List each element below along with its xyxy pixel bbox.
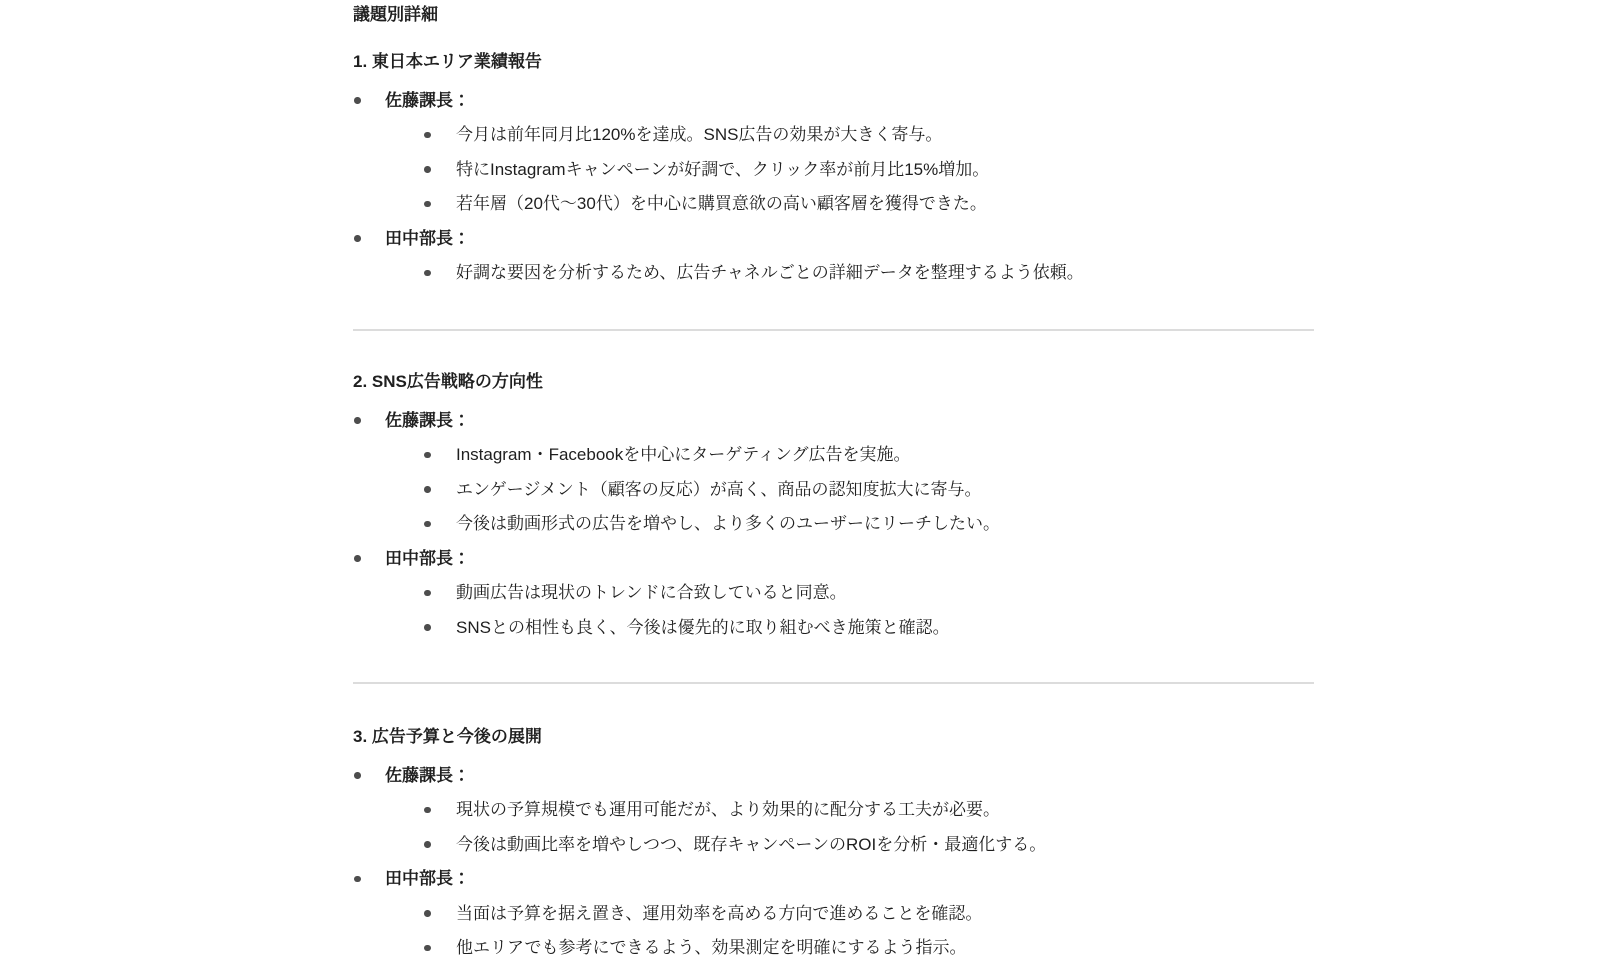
bullet-icon bbox=[354, 417, 361, 424]
bullet-icon bbox=[424, 132, 431, 139]
bullet-icon bbox=[424, 945, 431, 952]
speaker-name: 田中部長： bbox=[385, 869, 470, 888]
speaker-list: 佐藤課長： 今月は前年同月比120%を達成。SNS広告の効果が大きく寄与。 特に… bbox=[353, 89, 1314, 286]
list-item: 当面は予算を据え置き、運用効率を高める方向で進めることを確認。 bbox=[385, 902, 1314, 926]
speaker-name: 田中部長： bbox=[385, 229, 470, 248]
list-item: Instagram・Facebookを中心にターゲティング広告を実施。 bbox=[385, 443, 1314, 467]
speaker-name: 佐藤課長： bbox=[385, 411, 470, 430]
list-item: 現状の予算規模でも運用可能だが、より効果的に配分する工夫が必要。 bbox=[385, 798, 1314, 822]
list-item: 今月は前年同月比120%を達成。SNS広告の効果が大きく寄与。 bbox=[385, 123, 1314, 147]
speaker-list: 佐藤課長： Instagram・Facebookを中心にターゲティング広告を実施… bbox=[353, 409, 1314, 640]
speaker-name: 佐藤課長： bbox=[385, 766, 470, 785]
list-item: 若年層（20代〜30代）を中心に購買意欲の高い顧客層を獲得できた。 bbox=[385, 192, 1314, 216]
list-item: 佐藤課長： Instagram・Facebookを中心にターゲティング広告を実施… bbox=[353, 409, 1314, 537]
section-divider bbox=[353, 329, 1314, 331]
bullet-icon bbox=[354, 772, 361, 779]
list-item: 田中部長： 当面は予算を据え置き、運用効率を高める方向で進めることを確認。 他エ… bbox=[353, 867, 1314, 960]
bullet-icon bbox=[354, 97, 361, 104]
meeting-minutes-document: 議題別詳細 1. 東日本エリア業績報告 佐藤課長： 今月は前年同月比120%を達… bbox=[0, 0, 1600, 976]
point-text: Instagram・Facebookを中心にターゲティング広告を実施。 bbox=[456, 445, 911, 464]
point-text: 特にInstagramキャンペーンが好調で、クリック率が前月比15%増加。 bbox=[456, 160, 989, 179]
list-item: 特にInstagramキャンペーンが好調で、クリック率が前月比15%増加。 bbox=[385, 158, 1314, 182]
bullet-icon bbox=[424, 270, 431, 277]
point-text: 現状の予算規模でも運用可能だが、より効果的に配分する工夫が必要。 bbox=[456, 800, 1000, 819]
bullet-icon bbox=[354, 555, 361, 562]
point-list: 現状の予算規模でも運用可能だが、より効果的に配分する工夫が必要。 今後は動画比率… bbox=[385, 798, 1314, 857]
bullet-icon bbox=[424, 807, 431, 814]
list-item: 佐藤課長： 今月は前年同月比120%を達成。SNS広告の効果が大きく寄与。 特に… bbox=[353, 89, 1314, 217]
point-text: 他エリアでも参考にできるよう、効果測定を明確にするよう指示。 bbox=[456, 938, 967, 957]
list-item: 動画広告は現状のトレンドに合致していると同意。 bbox=[385, 581, 1314, 605]
bullet-icon bbox=[354, 235, 361, 242]
point-list: 動画広告は現状のトレンドに合致していると同意。 SNSとの相性も良く、今後は優先… bbox=[385, 581, 1314, 640]
point-text: 動画広告は現状のトレンドに合致していると同意。 bbox=[456, 583, 847, 602]
list-item: 好調な要因を分析するため、広告チャネルごとの詳細データを整理するよう依頼。 bbox=[385, 261, 1314, 285]
list-item: エンゲージメント（顧客の反応）が高く、商品の認知度拡大に寄与。 bbox=[385, 478, 1314, 502]
bullet-icon bbox=[424, 166, 431, 173]
speaker-name: 佐藤課長： bbox=[385, 91, 470, 110]
bullet-icon bbox=[424, 201, 431, 208]
speaker-name: 田中部長： bbox=[385, 549, 470, 568]
point-text: 今後は動画形式の広告を増やし、より多くのユーザーにリーチしたい。 bbox=[456, 514, 1000, 533]
list-item: 今後は動画比率を増やしつつ、既存キャンペーンのROIを分析・最適化する。 bbox=[385, 833, 1314, 857]
point-text: 当面は予算を据え置き、運用効率を高める方向で進めることを確認。 bbox=[456, 904, 982, 923]
bullet-icon bbox=[354, 876, 361, 883]
bullet-icon bbox=[424, 841, 431, 848]
section-divider bbox=[353, 682, 1314, 684]
point-text: エンゲージメント（顧客の反応）が高く、商品の認知度拡大に寄与。 bbox=[456, 480, 981, 499]
bullet-icon bbox=[424, 486, 431, 493]
point-text: 若年層（20代〜30代）を中心に購買意欲の高い顧客層を獲得できた。 bbox=[456, 194, 987, 213]
speaker-list: 佐藤課長： 現状の予算規模でも運用可能だが、より効果的に配分する工夫が必要。 今… bbox=[353, 764, 1314, 961]
point-list: Instagram・Facebookを中心にターゲティング広告を実施。 エンゲー… bbox=[385, 443, 1314, 536]
list-item: 佐藤課長： 現状の予算規模でも運用可能だが、より効果的に配分する工夫が必要。 今… bbox=[353, 764, 1314, 857]
bullet-icon bbox=[424, 590, 431, 597]
point-list: 当面は予算を据え置き、運用効率を高める方向で進めることを確認。 他エリアでも参考… bbox=[385, 902, 1314, 961]
list-item: 田中部長： 好調な要因を分析するため、広告チャネルごとの詳細データを整理するよう… bbox=[353, 227, 1314, 286]
point-text: 今後は動画比率を増やしつつ、既存キャンペーンのROIを分析・最適化する。 bbox=[456, 835, 1046, 854]
point-text: 好調な要因を分析するため、広告チャネルごとの詳細データを整理するよう依頼。 bbox=[456, 263, 1084, 282]
list-item: 田中部長： 動画広告は現状のトレンドに合致していると同意。 SNSとの相性も良く… bbox=[353, 547, 1314, 640]
bullet-icon bbox=[424, 910, 431, 917]
point-list: 今月は前年同月比120%を達成。SNS広告の効果が大きく寄与。 特にInstag… bbox=[385, 123, 1314, 216]
list-item: 今後は動画形式の広告を増やし、より多くのユーザーにリーチしたい。 bbox=[385, 512, 1314, 536]
list-item: SNSとの相性も良く、今後は優先的に取り組むべき施策と確認。 bbox=[385, 616, 1314, 640]
section-heading: 3. 広告予算と今後の展開 bbox=[353, 725, 1314, 749]
page-title: 議題別詳細 bbox=[353, 3, 1314, 27]
section-east-japan-report: 1. 東日本エリア業績報告 佐藤課長： 今月は前年同月比120%を達成。SNS広… bbox=[353, 50, 1314, 285]
bullet-icon bbox=[424, 452, 431, 459]
section-sns-ad-strategy: 2. SNS広告戦略の方向性 佐藤課長： Instagram・Facebookを… bbox=[353, 370, 1314, 640]
section-heading: 1. 東日本エリア業績報告 bbox=[353, 50, 1314, 74]
point-text: 今月は前年同月比120%を達成。SNS広告の効果が大きく寄与。 bbox=[456, 125, 942, 144]
list-item: 他エリアでも参考にできるよう、効果測定を明確にするよう指示。 bbox=[385, 936, 1314, 960]
bullet-icon bbox=[424, 624, 431, 631]
section-heading: 2. SNS広告戦略の方向性 bbox=[353, 370, 1314, 394]
bullet-icon bbox=[424, 521, 431, 528]
section-ad-budget-plans: 3. 広告予算と今後の展開 佐藤課長： 現状の予算規模でも運用可能だが、より効果… bbox=[353, 725, 1314, 960]
point-text: SNSとの相性も良く、今後は優先的に取り組むべき施策と確認。 bbox=[456, 618, 950, 637]
point-list: 好調な要因を分析するため、広告チャネルごとの詳細データを整理するよう依頼。 bbox=[385, 261, 1314, 285]
